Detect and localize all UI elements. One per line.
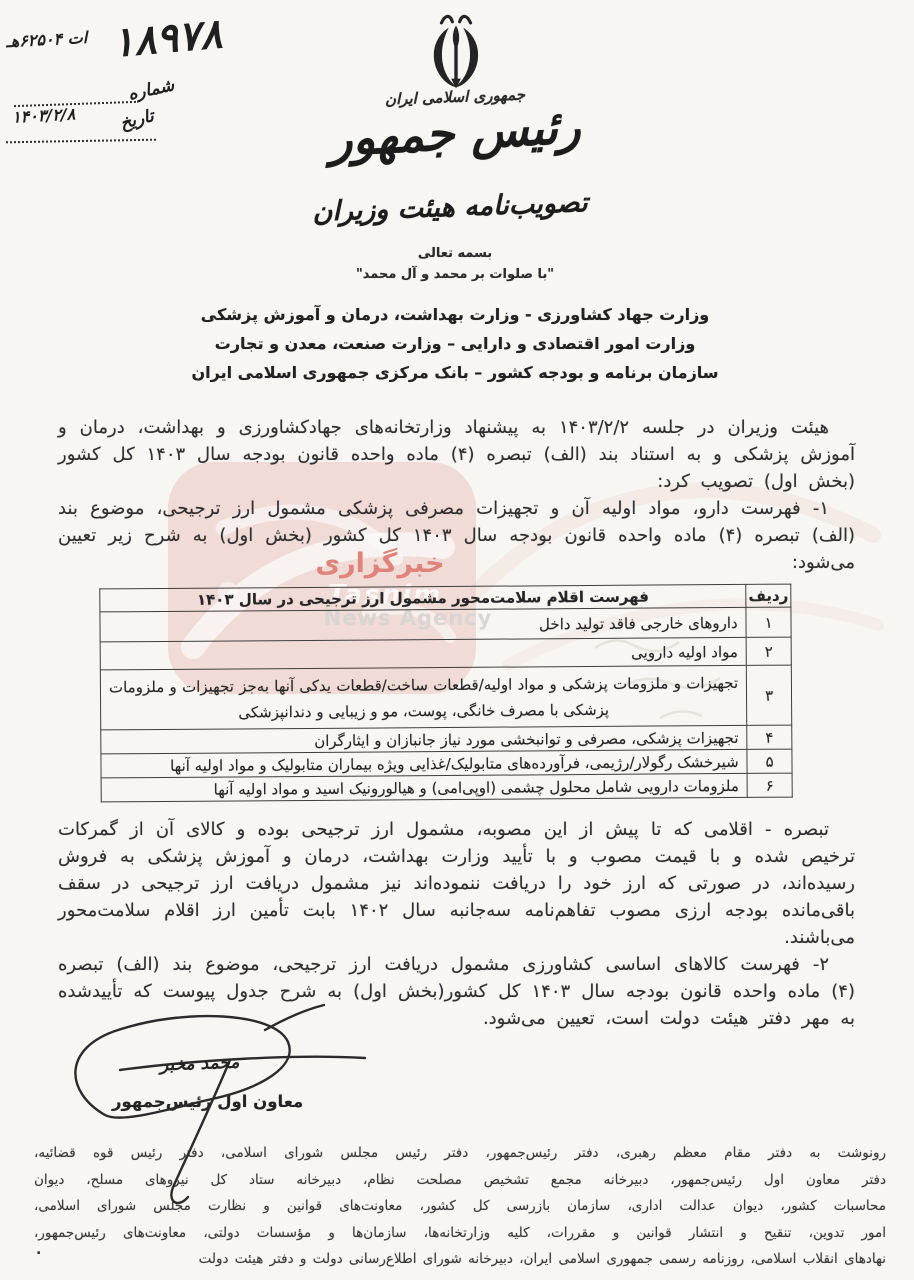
document-type-calligraphy: تصویب‌نامه هیئت وزیران <box>270 186 631 230</box>
document-page: خبرگزاری Tasnim News Agency ۱۸۹۷۸ ات ۶۲۵… <box>0 0 914 1280</box>
row-index: ۲ <box>746 637 791 665</box>
row-index: ۴ <box>747 725 792 749</box>
date-label: تاریخ <box>118 106 156 134</box>
signatory-name: محمد مخبر <box>160 1053 240 1076</box>
footer-mark: . <box>36 1242 41 1258</box>
footer-line: امور تدوین، تنقیح و انتشار قوانین و مقرر… <box>34 1220 886 1247</box>
salutation-line: "با صلوات بر محمد و آل محمد" <box>330 267 580 282</box>
handwritten-date: ۱۴۰۳/۲/۸ <box>12 104 76 126</box>
row-index: ۳ <box>746 665 791 725</box>
index-column-header: ردیف <box>746 584 791 607</box>
footer-line: محاسبات کشور، دیوان عدالت اداری، سازمان … <box>34 1193 886 1220</box>
recipient-line: وزارت امور اقتصادی و دارایی – وزارت صنعت… <box>130 329 780 358</box>
table-row: ۶ ملزومات دارویی شامل محلول چشمی (اوپی‌ا… <box>101 773 792 802</box>
row-index: ۶ <box>747 773 792 797</box>
row-index: ۱ <box>746 607 791 637</box>
footer-line: نهادهای انقلاب اسلامی، روزنامه رسمی جمهو… <box>34 1246 886 1273</box>
handwritten-decree-number: ۱۸۹۷۸ <box>110 9 224 66</box>
health-items-table: ردیف فهرست اقلام سلامت‌محور مشمول ارز تر… <box>99 584 792 803</box>
handwritten-decree-reference: ات ۶۲۵۰۴هـ <box>6 28 88 51</box>
invocation-line: بسمه تعالی <box>380 246 530 261</box>
row-text: داروهای خارجی فاقد تولید داخل <box>100 607 746 642</box>
note-paragraph: تبصره - اقلامی که تا پیش از این مصوبه، م… <box>58 816 855 951</box>
decree-body-upper: هیئت وزیران در جلسه ۱۴۰۳/۲/۲ به پیشنهاد … <box>58 414 855 576</box>
iran-emblem-icon <box>418 12 494 92</box>
footer-line: دفتر معاون اول رئیس‌جمهور، دبیرخانه مجمع… <box>34 1167 886 1194</box>
row-index: ۵ <box>747 749 792 773</box>
clause-1-paragraph: ۱- فهرست دارو، مواد اولیه آن و تجهیزات م… <box>58 495 855 576</box>
row-text: مواد اولیه دارویی <box>100 637 746 670</box>
recipient-line: وزارت جهاد کشاورزی - وزارت بهداشت، درمان… <box>130 300 780 329</box>
row-text: ملزومات دارویی شامل محلول چشمی (اوپی‌امی… <box>101 773 747 802</box>
date-dotted-line <box>6 139 156 144</box>
recipient-line: سازمان برنامه و بودجه کشور – بانک مرکزی … <box>130 358 780 387</box>
table-row: ۱ داروهای خارجی فاقد تولید داخل <box>100 607 791 642</box>
table-row: ۳ تجهیزات و ملزومات پزشکی و مواد اولیه/ق… <box>100 665 791 730</box>
intro-paragraph: هیئت وزیران در جلسه ۱۴۰۳/۲/۲ به پیشنهاد … <box>58 414 855 495</box>
recipient-ministries: وزارت جهاد کشاورزی - وزارت بهداشت، درمان… <box>130 300 780 387</box>
signature-flourish <box>60 1000 420 1160</box>
row-text: تجهیزات و ملزومات پزشکی و مواد اولیه/قطع… <box>100 665 747 730</box>
